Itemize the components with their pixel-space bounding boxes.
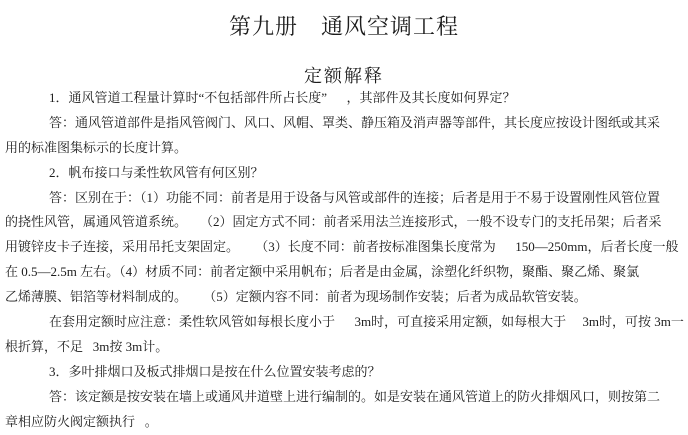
document-body: 1．通风管道工程量计算时“不包括部件所占长度” ，其部件及其长度如何界定？答：通… [5,86,685,434]
text-line: 用镀锌皮卡子连接，采用吊托支架固定。 （3）长度不同：前者按标准图集长度常为 1… [5,235,685,260]
text-line: 在套用定额时应注意：柔性软风管如每根长度小于 3m时，可直接采用定额，如每根大于… [5,310,685,335]
text-line: 章相应防火阀定额执行 。 [5,410,685,435]
text-line: 答：该定额是按安装在墙上或通风井道壁上进行编制的。如是安装在通风管道上的防火排烟… [5,385,685,410]
text-line: 在 0.5—2.5m 左右。（4）材质不同：前者定额中采用帆布；后者是由金属，涂… [5,260,685,285]
text-line: 乙烯薄膜、铝箔等材料制成的。 （5）定额内容不同：前者为现场制作安装；后者为成品… [5,285,685,310]
section-title: 定额解释 [0,62,688,88]
text-line: 根折算，不足 3m按 3m计。 [5,335,685,360]
text-line: 答：通风管道部件是指风管阀门、风口、风帽、罩类、静压箱及消声器等部件，其长度应按… [5,111,685,136]
text-line: 1．通风管道工程量计算时“不包括部件所占长度” ，其部件及其长度如何界定？ [5,86,685,111]
document-page: { "page": { "title": "第九册 通风空调工程", "subt… [0,0,688,435]
text-line: 答：区别在于：（1）功能不同：前者是用于设备与风管或部件的连接；后者是用于不易于… [5,186,685,211]
text-line: 用的标准图集标示的长度计算。 [5,136,685,161]
text-line: 2．帆布接口与柔性软风管有何区别？ [5,161,685,186]
text-line: 3．多叶排烟口及板式排烟口是按在什么位置安装考虑的？ [5,360,685,385]
page-title: 第九册 通风空调工程 [0,10,688,41]
text-line: 的挠性风管，属通风管道系统。 （2）固定方式不同：前者采用法兰连接形式，一般不设… [5,210,685,235]
